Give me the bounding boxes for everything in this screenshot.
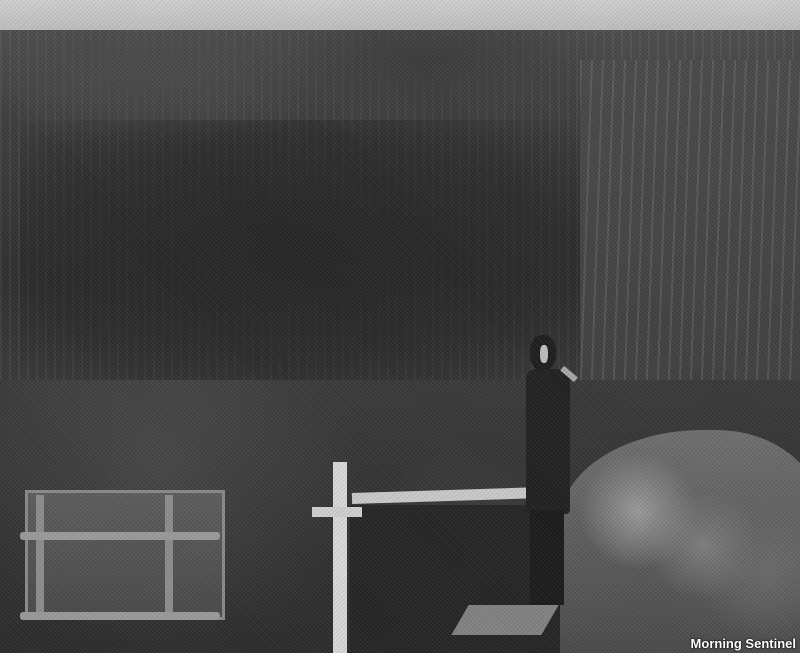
wooden-crate [25, 490, 225, 620]
cross-icon [333, 462, 347, 653]
birch-trees [580, 60, 800, 390]
man-legs [530, 510, 564, 605]
photo-credit: Morning Sentinel [691, 636, 796, 651]
man-head [530, 335, 556, 371]
standing-man [522, 335, 582, 615]
man-face [540, 345, 548, 363]
crate-post [165, 495, 173, 617]
crate-rail [20, 532, 220, 540]
crate-post [36, 495, 44, 617]
dirt-mound [560, 430, 800, 653]
newspaper-photo: Morning Sentinel [0, 0, 800, 653]
cross-arm [312, 507, 362, 517]
crate-rail [20, 612, 220, 620]
dark-woods [20, 120, 580, 380]
plank [451, 605, 558, 635]
man-coat [526, 369, 570, 514]
